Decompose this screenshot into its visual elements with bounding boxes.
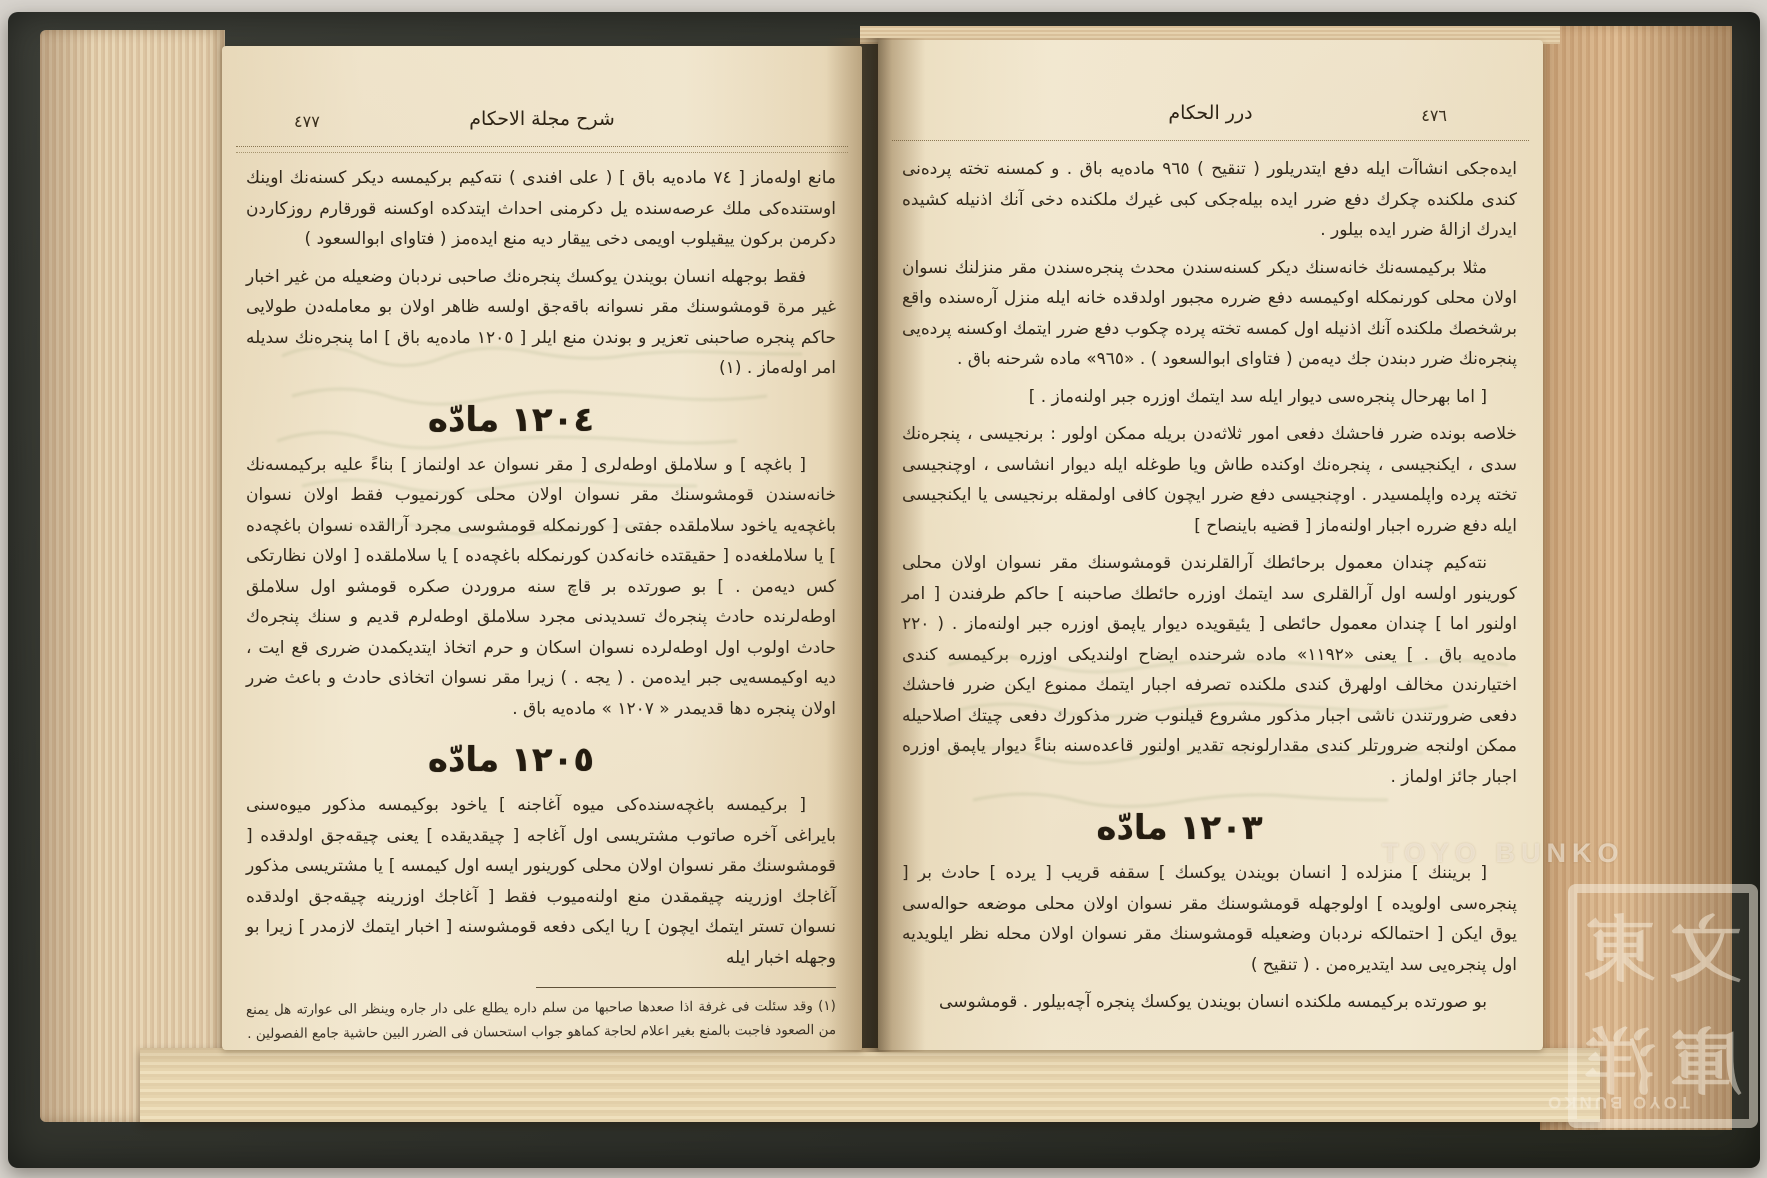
bottom-page-edges [140, 1048, 1600, 1122]
body-paragraph: بو صورتده بركيمسه ملكنده انسان بويندن يو… [902, 987, 1517, 1018]
page-header: ٤٧٦ درر الحكام [878, 102, 1543, 136]
seal-character: 東 [1584, 914, 1656, 986]
article-heading-1203: ١٢٠٣ مادّه [902, 808, 1457, 848]
seal-character: 文 [1670, 914, 1742, 986]
article-heading-1204: ١٢٠٤ مادّه [246, 400, 776, 440]
page-header: ٤٧٧ شرح مجلة الاحكام [222, 108, 862, 142]
body-paragraph: فقط بوجهله انسان بويندن يوكسك پنجره‌نك ص… [246, 262, 836, 384]
footnote-rule [536, 987, 836, 988]
running-title: شرح مجلة الاحكام [222, 108, 862, 130]
right-page: ٤٧٦ درر الحكام ايده‌جكى انشاآت ايله دفع … [878, 40, 1543, 1050]
body-paragraph: ايده‌جكى انشاآت ايله دفع ايتدريلور ( تنق… [902, 154, 1517, 246]
running-title: درر الحكام [878, 102, 1543, 124]
body-text: ايده‌جكى انشاآت ايله دفع ايتدريلور ( تنق… [878, 144, 1543, 1018]
body-paragraph: نته‌كيم چندان معمول برحائطك آرالقلرندن ق… [902, 548, 1517, 792]
page-fan-left-edge [40, 30, 225, 1122]
body-paragraph: [ باغچه ] و سلاملق اوطه‌لرى [ مقر نسوان … [246, 450, 836, 725]
footnote: (١) وقد سئلت فى غرفة اذا صعدها صاحبها من… [246, 994, 836, 1046]
toyo-bunko-watermark-text-mirrored: TOYO BUNKO [1545, 1092, 1690, 1112]
toyo-bunko-watermark-text: TOYO BUNKO [1382, 838, 1625, 869]
seal-character: 庫 [1670, 1027, 1742, 1099]
body-paragraph: [ بريننك ] منزلده [ انسان بويندن يوكسك ]… [902, 858, 1517, 980]
left-page: ٤٧٧ شرح مجلة الاحكام مانع اوله‌ماز [ ٧٤ … [222, 46, 862, 1050]
body-paragraph: خلاصه بونده ضرر فاحشك دفعى امور ثلاثه‌دن… [902, 419, 1517, 541]
body-paragraph: مثلا بركيمسه‌نك خانه‌سنك ديكر كسنه‌سندن … [902, 253, 1517, 375]
header-dotted-rule [236, 146, 848, 153]
body-paragraph: [ اما بهرحال پنجره‌سى ديوار ايله سد ايتم… [902, 382, 1517, 413]
body-paragraph: مانع اوله‌ماز [ ٧٤ ماده‌يه باق ] ( على ا… [246, 163, 836, 255]
article-heading-1205: ١٢٠٥ مادّه [246, 740, 776, 780]
seal-character: 洋 [1584, 1027, 1656, 1099]
body-text: مانع اوله‌ماز [ ٧٤ ماده‌يه باق ] ( على ا… [222, 153, 862, 1044]
body-paragraph: [ بركيمسه باغچه‌سنده‌كى ميوه آغاجنه ] يا… [246, 790, 836, 973]
